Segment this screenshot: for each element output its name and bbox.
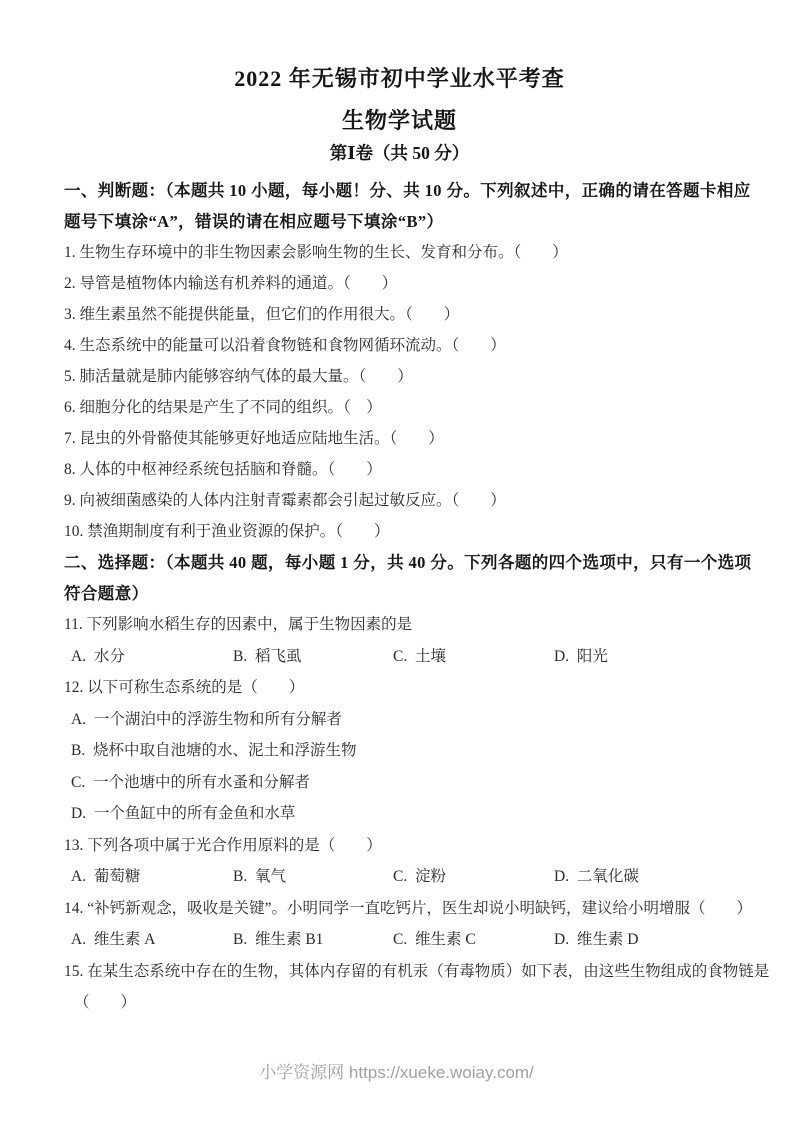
- mcq-13-option-c: C. 淀粉: [393, 861, 554, 893]
- judgment-question-10: 10. 禁渔期制度有利于渔业资源的保护。（ ）: [64, 516, 735, 547]
- mcq-11-option-a: A. 水分: [71, 641, 233, 673]
- mcq-11-option-b: B. 稻飞虱: [233, 641, 393, 673]
- section1-heading-line2: 题号下填涂“A”，错误的请在相应题号下填涂“B”）: [64, 206, 735, 237]
- judgment-question-8: 8. 人体的中枢神经系统包括脑和脊髓。（ ）: [64, 454, 735, 485]
- mcq-14-stem: 14. “补钙新观念，吸收是关键”。小明同学一直吃钙片，医生却说小明缺钙，建议给…: [64, 893, 735, 925]
- section1-heading-line1: 一、判断题：（本题共 10 小题，每小题！分、共 10 分。下列叙述中，正确的请…: [64, 175, 735, 206]
- judgment-question-2: 2. 导管是植物体内输送有机养料的通道。（ ）: [64, 268, 735, 299]
- judgment-question-9: 9. 向被细菌感染的人体内注射青霉素都会引起过敏反应。（ ）: [64, 485, 735, 516]
- mcq-14-option-c: C. 维生素 C: [393, 924, 554, 956]
- judgment-questions-list: 1. 生物生存环境中的非生物因素会影响生物的生长、发育和分布。（ ） 2. 导管…: [64, 237, 735, 547]
- section2-heading-line2: 符合题意）: [64, 578, 735, 609]
- mcq-13-option-a: A. 葡萄糖: [71, 861, 233, 893]
- mcq-12-option-c: C. 一个池塘中的所有水蚤和分解者: [64, 767, 735, 799]
- judgment-question-3: 3. 维生素虽然不能提供能量，但它们的作用很大。（ ）: [64, 299, 735, 330]
- section1-heading: 一、判断题：（本题共 10 小题，每小题！分、共 10 分。下列叙述中，正确的请…: [64, 175, 735, 237]
- judgment-question-5: 5. 肺活量就是肺内能够容纳气体的最大量。（ ）: [64, 361, 735, 392]
- mcq-13-option-d: D. 二氧化碳: [554, 861, 735, 893]
- watermark-footer: 小学资源网 https://xueke.woiay.com/: [0, 1060, 793, 1086]
- judgment-question-7: 7. 昆虫的外骨骼使其能够更好地适应陆地生活。（ ）: [64, 423, 735, 454]
- mcq-11-option-d: D. 阳光: [554, 641, 735, 673]
- mcq-12-option-b: B. 烧杯中取自池塘的水、泥土和浮游生物: [64, 735, 735, 767]
- mcq-14-option-b: B. 维生素 B1: [233, 924, 393, 956]
- mcq-14-options: A. 维生素 A B. 维生素 B1 C. 维生素 C D. 维生素 D: [64, 924, 735, 956]
- section2-heading-line1: 二、选择题：（本题共 40 题，每小题 1 分，共 40 分。下列各题的四个选项…: [64, 547, 735, 578]
- judgment-question-4: 4. 生态系统中的能量可以沿着食物链和食物网循环流动。（ ）: [64, 330, 735, 361]
- mcq-11-option-c: C. 土壤: [393, 641, 554, 673]
- mcq-15-stem-line2: （ ）: [64, 987, 735, 1019]
- mcq-12-option-d: D. 一个鱼缸中的所有金鱼和水草: [64, 798, 735, 830]
- exam-subject-title: 生物学试题: [64, 106, 735, 136]
- mcq-11-options: A. 水分 B. 稻飞虱 C. 土壤 D. 阳光: [64, 641, 735, 673]
- mcq-12-option-a: A. 一个湖泊中的浮游生物和所有分解者: [64, 704, 735, 736]
- mcq-14-option-a: A. 维生素 A: [71, 924, 233, 956]
- mcq-12-stem: 12. 以下可称生态系统的是（ ）: [64, 672, 735, 704]
- judgment-question-1: 1. 生物生存环境中的非生物因素会影响生物的生长、发育和分布。（ ）: [64, 237, 735, 268]
- section2-heading: 二、选择题：（本题共 40 题，每小题 1 分，共 40 分。下列各题的四个选项…: [64, 547, 735, 609]
- mcq-14-option-d: D. 维生素 D: [554, 924, 735, 956]
- judgment-question-6: 6. 细胞分化的结果是产生了不同的组织。（ ）: [64, 392, 735, 423]
- mcq-13-options: A. 葡萄糖 B. 氧气 C. 淀粉 D. 二氧化碳: [64, 861, 735, 893]
- mcq-13-option-b: B. 氧气: [233, 861, 393, 893]
- mcq-11-stem: 11. 下列影响水稻生存的因素中，属于生物因素的是: [64, 609, 735, 641]
- exam-title: 2022 年无锡市初中学业水平考查: [64, 64, 735, 94]
- mcq-13-stem: 13. 下列各项中属于光合作用原料的是（ ）: [64, 830, 735, 862]
- exam-paper-page: 2022 年无锡市初中学业水平考查 生物学试题 第Ⅰ卷（共 50 分） 一、判断…: [0, 0, 793, 1122]
- mcq-15-stem-line1: 15. 在某生态系统中存在的生物，其体内存留的有机汞（有毒物质）如下表，由这些生…: [64, 956, 735, 988]
- multiple-choice-questions: 11. 下列影响水稻生存的因素中，属于生物因素的是 A. 水分 B. 稻飞虱 C…: [64, 609, 735, 1019]
- volume-heading: 第Ⅰ卷（共 50 分）: [64, 141, 735, 166]
